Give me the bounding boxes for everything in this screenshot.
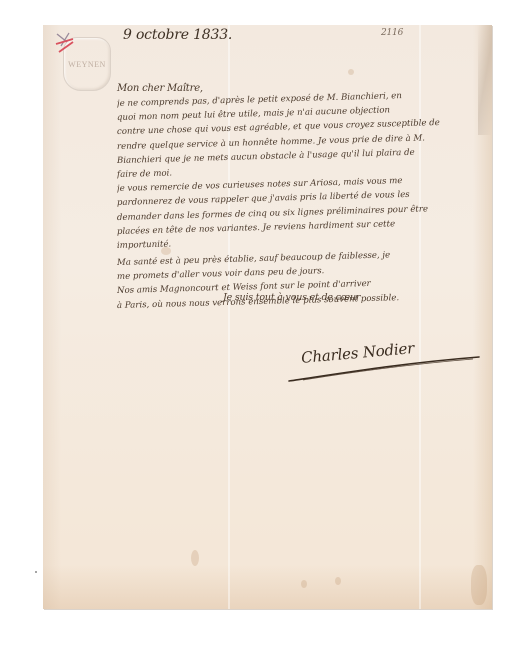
foxing-stain [348, 69, 354, 75]
foxing-stain [191, 550, 199, 566]
scan-background: WEYNEN 9 octobre 1833. 2116 Mon cher Maî… [0, 0, 527, 647]
salutation: Mon cher Maître, [117, 83, 203, 94]
letter-date: 9 octobre 1833. [123, 27, 232, 43]
signature-flourish-icon [283, 355, 483, 385]
letter-sheet: WEYNEN 9 octobre 1833. 2116 Mon cher Maî… [43, 25, 492, 609]
foxing-stain [335, 577, 341, 585]
foxing-stain [301, 580, 307, 588]
scan-speck [35, 571, 37, 573]
embossed-stamp-text: WEYNEN [68, 60, 106, 69]
foxing-stain [471, 565, 487, 605]
letter-body: je ne comprends pas, d'après le petit ex… [117, 97, 487, 313]
closing-line: Je suis tout à vous et de cœur [223, 292, 360, 303]
red-pencil-mark-icon [53, 30, 77, 56]
folio-number: 2116 [381, 28, 403, 38]
